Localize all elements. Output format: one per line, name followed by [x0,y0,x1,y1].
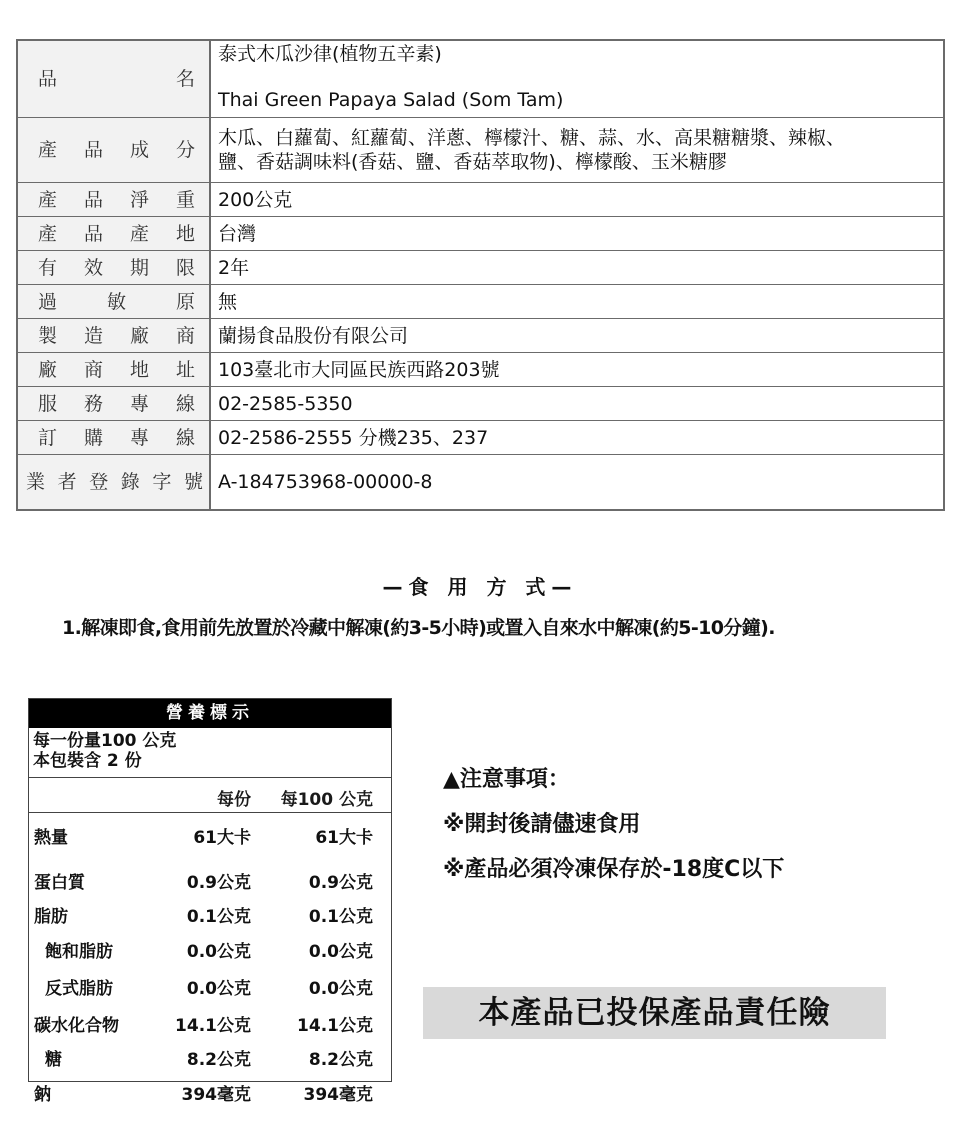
nutrient-per-serving: 61大卡 [193,823,251,848]
spec-value: A-184753968-00000-8 [210,455,944,511]
nutrient-per-serving: 8.2公克 [187,1045,251,1070]
spec-value: 泰式木瓜沙律(植物五辛素) Thai Green Papaya Salad (S… [210,40,944,118]
nutrient-name: 糖 [45,1045,62,1070]
nutrient-per-100g: 0.1公克 [309,902,373,927]
nutrient-name: 飽和脂肪 [45,937,113,962]
nutrient-name: 碳水化合物 [34,1011,119,1036]
spec-row-ingredients: 產品成分 木瓜、白蘿蔔、紅蘿蔔、洋蔥、檸檬汁、糖、蒜、水、高果糖糖漿、辣椒、 鹽… [17,118,944,183]
spec-row-registration: 業者登錄字號 A-184753968-00000-8 [17,455,944,511]
nutrition-column-headers: 每份 每100 公克 [29,778,391,813]
ingredients-line-2: 鹽、香菇調味料(香菇、鹽、香菇萃取物)、檸檬酸、玉米糖膠 [218,150,937,174]
spec-label: 製造廠商 [17,319,210,353]
spec-row-product-name: 品名 泰式木瓜沙律(植物五辛素) Thai Green Papaya Salad… [17,40,944,118]
serving-size: 每一份量100 公克 [33,731,391,751]
spec-value: 木瓜、白蘿蔔、紅蘿蔔、洋蔥、檸檬汁、糖、蒜、水、高果糖糖漿、辣椒、 鹽、香菇調味… [210,118,944,183]
spec-row-order-line: 訂購專線 02-2586-2555 分機235、237 [17,421,944,455]
nutrient-row-fat: 脂肪 0.1公克 0.1公克 [29,898,391,933]
precaution-item: ※開封後請儘速食用 [443,810,784,855]
spec-value: 無 [210,285,944,319]
nutrient-row-sugar: 糖 8.2公克 8.2公克 [29,1041,391,1076]
nutrition-title: 營養標示 [29,699,391,728]
spec-row-net-weight: 產品淨重 200公克 [17,183,944,217]
insurance-banner: 本產品已投保產品責任險 [423,987,886,1039]
nutrient-row-sodium: 鈉 394毫克 394毫克 [29,1076,391,1111]
nutrition-facts-panel: 營養標示 每一份量100 公克 本包裝含 2 份 每份 每100 公克 熱量 6… [28,698,392,1082]
spec-row-address: 廠商地址 103臺北市大同區民族西路203號 [17,353,944,387]
spec-label: 業者登錄字號 [17,455,210,511]
spec-label: 服務專線 [17,387,210,421]
nutrient-name: 脂肪 [34,902,68,927]
col-per-100g: 每100 公克 [281,785,373,810]
spec-value: 02-2586-2555 分機235、237 [210,421,944,455]
nutrient-per-100g: 0.9公克 [309,868,373,893]
spec-value: 2年 [210,251,944,285]
spec-row-shelf-life: 有效期限 2年 [17,251,944,285]
spec-label: 有效期限 [17,251,210,285]
nutrient-name: 鈉 [34,1080,51,1105]
spec-label: 產品產地 [17,217,210,251]
spec-label: 產品成分 [17,118,210,183]
nutrient-per-serving: 14.1公克 [175,1011,251,1036]
spec-value: 蘭揚食品股份有限公司 [210,319,944,353]
nutrient-row-trans-fat: 反式脂肪 0.0公克 0.0公克 [29,970,391,1007]
spec-row-allergen: 過敏原 無 [17,285,944,319]
nutrient-row-protein: 蛋白質 0.9公克 0.9公克 [29,864,391,899]
spec-value: 02-2585-5350 [210,387,944,421]
nutrient-per-serving: 394毫克 [182,1080,252,1105]
nutrient-name: 反式脂肪 [45,974,113,999]
nutrient-per-100g: 0.0公克 [309,974,373,999]
product-spec-table: 品名 泰式木瓜沙律(植物五辛素) Thai Green Papaya Salad… [16,39,945,511]
nutrient-per-serving: 0.0公克 [187,937,251,962]
nutrient-per-100g: 14.1公克 [297,1011,373,1036]
spec-row-service-line: 服務專線 02-2585-5350 [17,387,944,421]
spec-value: 103臺北市大同區民族西路203號 [210,353,944,387]
nutrient-per-serving: 0.9公克 [187,868,251,893]
spec-label: 訂購專線 [17,421,210,455]
nutrient-row-energy: 熱量 61大卡 61大卡 [29,819,391,854]
nutrition-rows: 熱量 61大卡 61大卡 蛋白質 0.9公克 0.9公克 脂肪 0.1公克 0.… [29,813,391,1110]
usage-title: —食 用 方 式— [0,571,960,600]
nutrient-per-100g: 394毫克 [304,1080,374,1105]
spec-value: 200公克 [210,183,944,217]
product-name-zh: 泰式木瓜沙律(植物五辛素) [218,42,937,66]
serving-info: 每一份量100 公克 本包裝含 2 份 [29,728,391,778]
nutrient-per-serving: 0.0公克 [187,974,251,999]
col-per-serving: 每份 [217,785,251,810]
spec-label: 產品淨重 [17,183,210,217]
usage-instructions: 1.解凍即食,食用前先放置於冷藏中解凍(約3-5小時)或置入自來水中解凍(約5-… [62,613,942,640]
nutrient-row-saturated-fat: 飽和脂肪 0.0公克 0.0公克 [29,933,391,970]
ingredients-line-1: 木瓜、白蘿蔔、紅蘿蔔、洋蔥、檸檬汁、糖、蒜、水、高果糖糖漿、辣椒、 [218,126,937,150]
precautions: ▲注意事項： ※開封後請儘速食用 ※產品必須冷凍保存於-18度C以下 [443,765,784,900]
precautions-title: ▲注意事項： [443,765,784,810]
spec-row-origin: 產品產地 台灣 [17,217,944,251]
nutrient-per-100g: 8.2公克 [309,1045,373,1070]
nutrient-name: 蛋白質 [34,868,85,893]
spec-value: 台灣 [210,217,944,251]
nutrient-per-100g: 0.0公克 [309,937,373,962]
spec-row-manufacturer: 製造廠商 蘭揚食品股份有限公司 [17,319,944,353]
nutrient-per-serving: 0.1公克 [187,902,251,927]
spec-label: 過敏原 [17,285,210,319]
nutrient-name: 熱量 [34,823,68,848]
precaution-item: ※產品必須冷凍保存於-18度C以下 [443,855,784,900]
spec-label: 廠商地址 [17,353,210,387]
nutrient-per-100g: 61大卡 [315,823,373,848]
product-name-en: Thai Green Papaya Salad (Som Tam) [218,88,937,112]
nutrient-row-carbohydrate: 碳水化合物 14.1公克 14.1公克 [29,1007,391,1042]
spec-label: 品名 [17,40,210,118]
servings-per-pack: 本包裝含 2 份 [33,751,391,771]
